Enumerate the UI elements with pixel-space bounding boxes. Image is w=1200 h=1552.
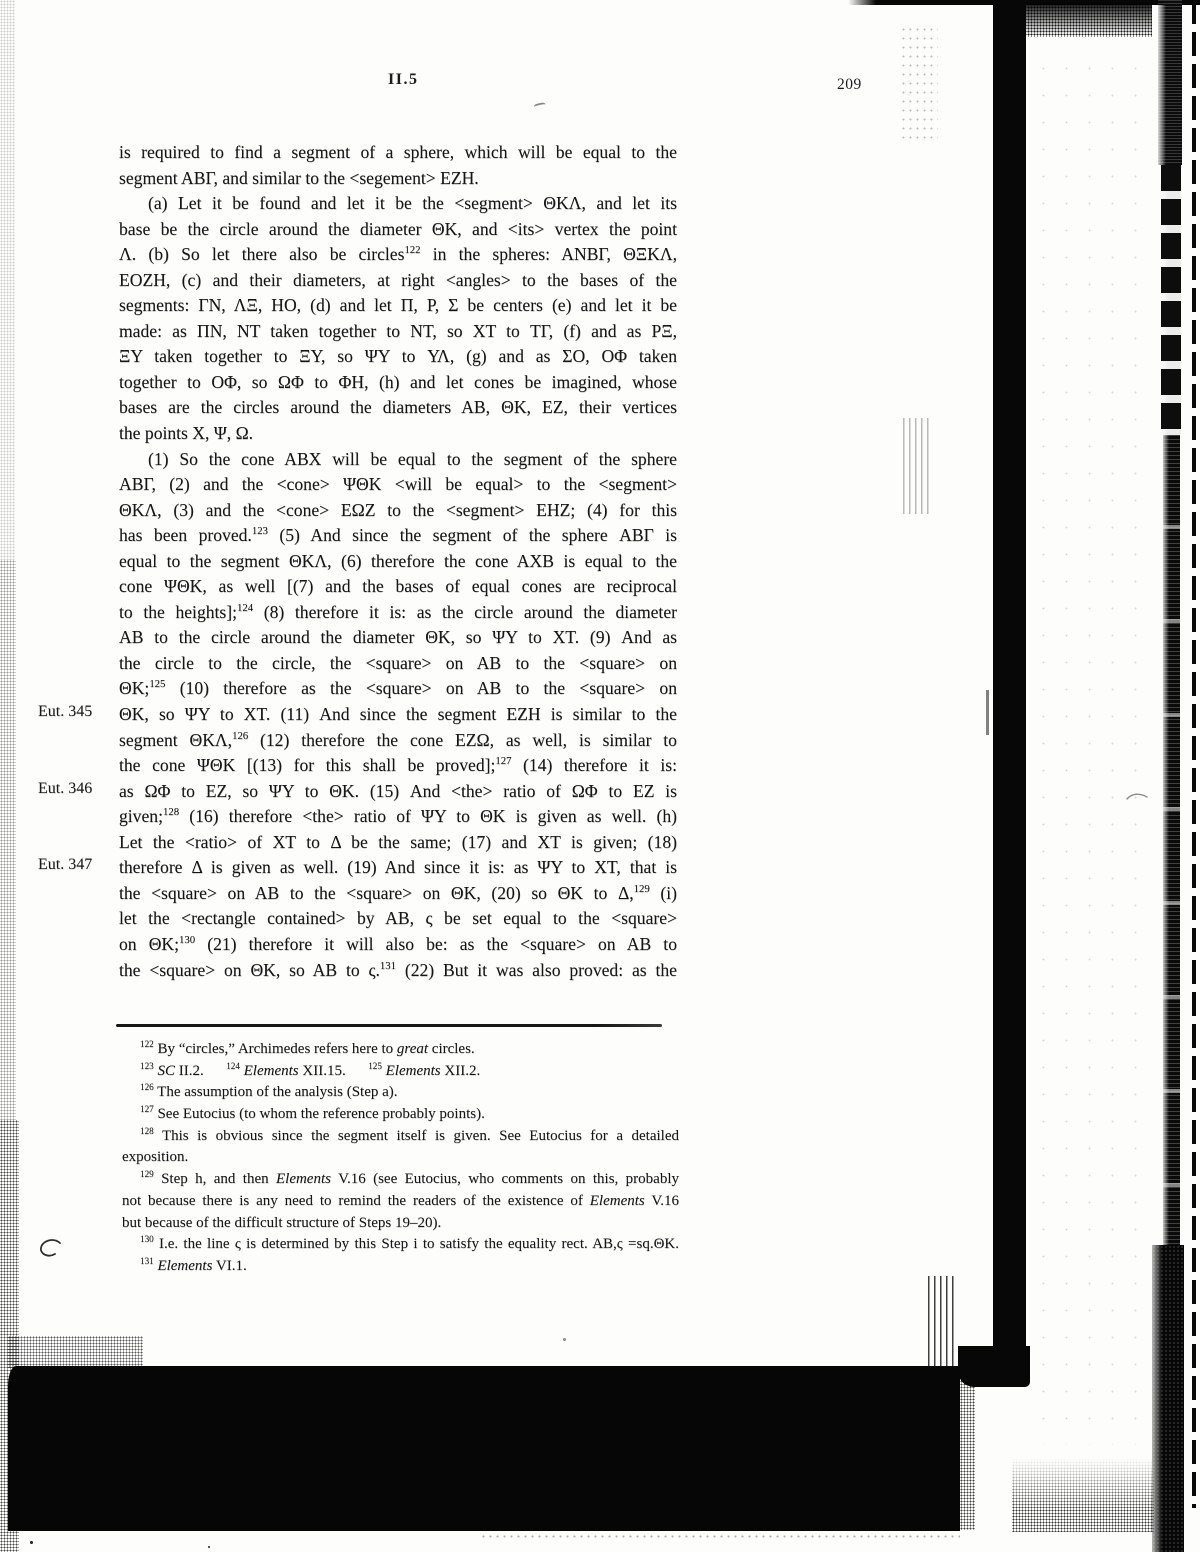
scan-artifact-black-bar [993,0,1026,1352]
section-heading: II.5 [388,71,418,89]
body-text-line: EOZH, (c) and their diameters, at right … [119,268,677,294]
margin-note-eutocius-345: Eut. 345 [38,703,128,721]
scan-artifact-bottom-right-speckle [1012,1458,1154,1532]
scan-artifact-page-edges-band [1152,1245,1184,1552]
stray-dot [30,1541,33,1544]
body-text-line: together to ΟΦ, so ΩΦ to ΦΗ, (h) and let… [119,370,677,396]
body-text-line: ΘΚ;125 (10) therefore as the <square> on… [119,676,677,702]
footnote-line: not because there is any need to remind … [122,1191,679,1213]
body-text: is required to find a segment of a spher… [119,140,677,983]
scan-artifact-page-edges-band [1158,0,1182,165]
scan-artifact-bottom-band-speckle [8,1336,143,1368]
footnote-line: 126 The assumption of the analysis (Step… [122,1082,679,1104]
body-text-line: let the <rectangle contained> by AB, ς b… [119,906,677,932]
scan-artifact-bottom-band [8,1366,960,1531]
body-text-line: the <square> on ΘΚ, so AB to ς.131 (22) … [119,958,677,984]
scan-artifact-striations [903,418,931,514]
stray-scan-mark [533,102,546,111]
body-text-line: ΘΚΛ, (3) and the <cone> ΕΩΖ to the <segm… [119,498,677,524]
scanned-book-page: II.5 209 Eut. 345 Eut. 346 Eut. 347 is r… [0,0,1200,1552]
body-text-line: cone ΨΘΚ, as well [(7) and the bases of … [119,574,677,600]
body-text-line: base be the circle around the diameter Θ… [119,217,677,243]
scan-artifact-top-right-gradient [1024,3,1152,37]
scan-artifact-page-edges-band [1161,165,1181,435]
scan-artifact-right-dashed-line [1192,0,1196,1508]
body-text-line: given;128 (16) therefore <the> ratio of … [119,804,677,830]
footnote-line: 122 By “circles,” Archimedes refers here… [122,1039,679,1061]
body-text-line: therefore Δ is given as well. (19) And s… [119,855,677,881]
body-text-line: has been proved.123 (5) And since the se… [119,523,677,549]
stray-dot [563,1338,566,1341]
body-text-line: on ΘΚ;130 (21) therefore it will also be… [119,932,677,958]
body-text-line: (1) So the cone ABX will be equal to the… [119,447,677,473]
body-text-line: the circle to the circle, the <square> o… [119,651,677,677]
footnote-line: 130 I.e. the line ς is determined by thi… [122,1234,679,1256]
footnotes: 122 By “circles,” Archimedes refers here… [122,1039,679,1278]
body-text-line: Let the <ratio> of ΧΤ to Δ be the same; … [119,830,677,856]
body-text-line: AB to the circle around the diameter ΘΚ,… [119,625,677,651]
footnote-line: 123 SC II.2. 124 Elements XII.15. 125 El… [122,1061,679,1083]
footnote-line: 129 Step h, and then Elements V.16 (see … [122,1169,679,1191]
body-text-line: ΞΥ taken together to ΞΥ, so ΨΥ to ΥΛ, (g… [119,344,677,370]
body-text-line: equal to the segment ΘΚΛ, (6) therefore … [119,549,677,575]
body-text-line: ΘΚ, so ΨΥ to ΧΤ. (11) And since the segm… [119,702,677,728]
scan-artifact-bottom-band-speckle [933,1368,975,1530]
scan-artifact-striations [900,25,938,140]
body-text-line: (a) Let it be found and let it be the <s… [119,191,677,217]
body-text-line: the points X, Ψ, Ω. [119,421,677,447]
footnote-line: 131 Elements VI.1. [122,1256,679,1278]
pen-mark-icon [38,1238,66,1260]
footnote-line: but because of the difficult structure o… [122,1213,679,1235]
scan-artifact-page-edges-band [1163,435,1180,1245]
scan-artifact-striations [986,690,989,735]
page-number: 209 [837,76,862,94]
scan-artifact-striations [928,1276,958,1370]
margin-note-eutocius-346: Eut. 346 [38,780,128,798]
stray-dot [208,1546,210,1548]
body-text-line: as ΩΦ to EZ, so ΨΥ to ΘΚ. (15) And <the>… [119,779,677,805]
body-text-line: bases are the circles around the diamete… [119,395,677,421]
body-text-line: made: as ΠΝ, ΝΤ taken together to ΝΤ, so… [119,319,677,345]
body-text-line: to the heights];124 (8) therefore it is:… [119,600,677,626]
footnote-line: 127 See Eutocius (to whom the reference … [122,1104,679,1126]
body-text-line: segments: ΓΝ, ΛΞ, HO, (d) and let Π, Ρ, … [119,293,677,319]
scan-artifact-left-edge-middle [0,560,16,1120]
body-text-line: the cone ΨΘΚ [(13) for this shall be pro… [119,753,677,779]
body-text-line: Λ. (b) So let there also be circles122 i… [119,242,677,268]
scan-artifact-sparse-dots [1032,55,1150,1445]
body-text-line: is required to find a segment of a spher… [119,140,677,166]
body-text-line: the <square> on AB to the <square> on ΘΚ… [119,881,677,907]
body-text-line: ΑΒΓ, (2) and the <cone> ΨΘΚ <will be equ… [119,472,677,498]
footnote-line: exposition. [122,1147,679,1169]
footnote-separator-rule [116,1024,662,1027]
margin-note-eutocius-347: Eut. 347 [38,856,128,874]
scan-artifact-bottom-band-speckle [480,1532,960,1539]
body-text-line: segment ΘΚΛ,126 (12) therefore the cone … [119,728,677,754]
body-text-line: segment ABΓ, and similar to the <segemen… [119,166,677,192]
scan-artifact-left-edge-top [0,0,15,560]
footnote-line: 128 This is obvious since the segment it… [122,1126,679,1148]
